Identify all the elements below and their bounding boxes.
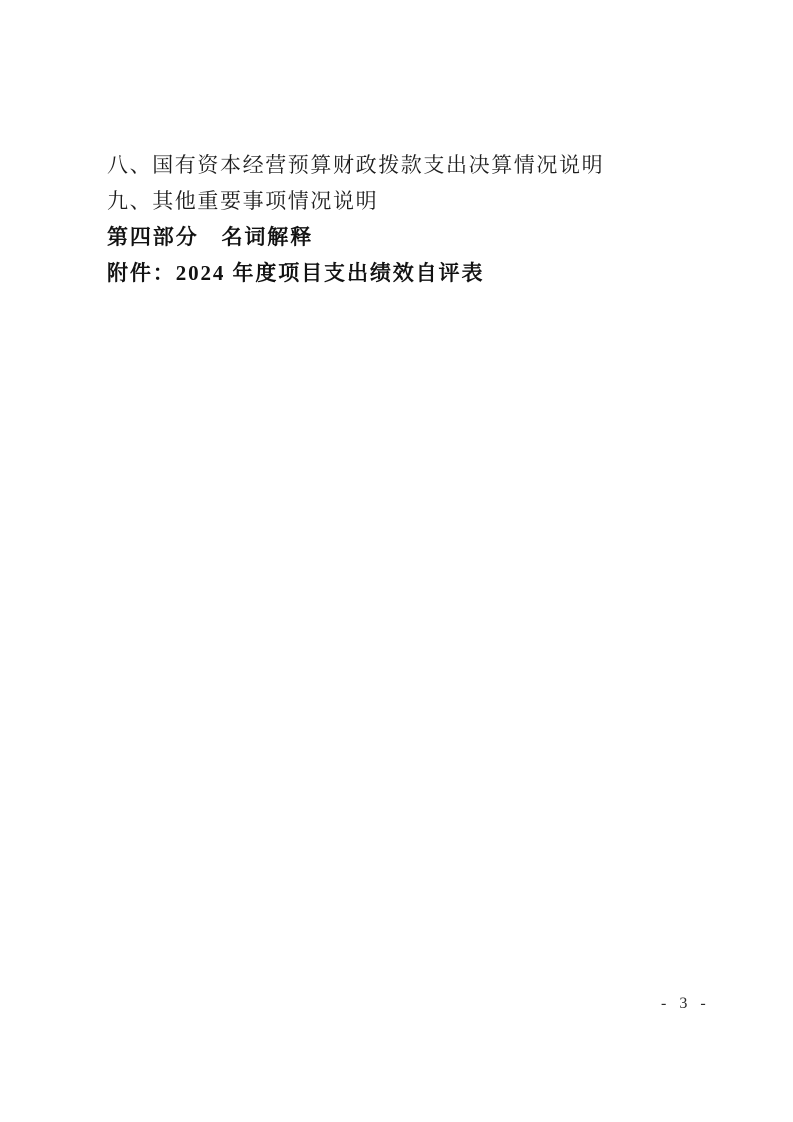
- page-number: - 3 -: [661, 995, 707, 1013]
- toc-line-part-four-glossary: 第四部分 名词解释: [107, 219, 687, 255]
- document-page: 八、国有资本经营预算财政拨款支出决算情况说明 九、其他重要事项情况说明 第四部分…: [0, 0, 793, 1122]
- toc-block: 八、国有资本经营预算财政拨款支出决算情况说明 九、其他重要事项情况说明 第四部分…: [107, 147, 687, 291]
- toc-line-attachment-performance-self-evaluation: 附件：2024 年度项目支出绩效自评表: [107, 255, 687, 291]
- toc-line-other-important-matters-note: 九、其他重要事项情况说明: [107, 183, 687, 219]
- toc-line-state-capital-budget-expenditure-note: 八、国有资本经营预算财政拨款支出决算情况说明: [107, 147, 687, 183]
